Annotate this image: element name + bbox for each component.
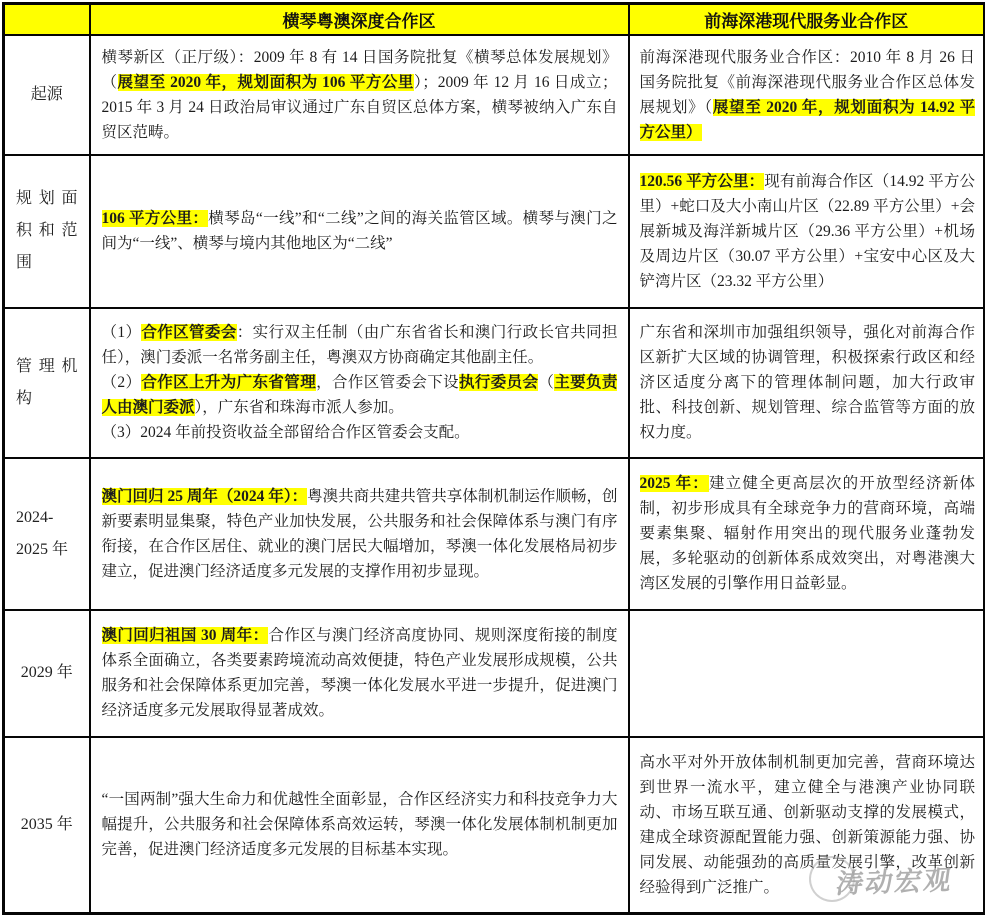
table-row: 起源 横琴新区（正厅级）：2009 年 8 有 14 日国务院批复《横琴总体发展…	[4, 35, 985, 155]
table-row: 2035 年 “一国两制”强大生命力和优越性全面彰显，合作区经济实力和科技竞争力…	[4, 737, 985, 914]
y2029-hengqin-cell: 澳门回归祖国 30 周年：合作区与澳门经济高度协同、规则深度衔接的制度体系全面确…	[90, 610, 629, 737]
row-label-origin: 起源	[4, 35, 90, 155]
highlighted-text: 执行委员会	[459, 374, 538, 391]
table-row: 2029 年 澳门回归祖国 30 周年：合作区与澳门经济高度协同、规则深度衔接的…	[4, 610, 985, 737]
y2024-hengqin-cell: 澳门回归 25 周年（2024 年）：粤澳共商共建共管共享体制机制运作顺畅，创新…	[90, 458, 629, 610]
text-segment: （	[538, 374, 554, 391]
highlighted-text: 合作区上升为广东省管理	[141, 374, 316, 391]
highlighted-text: 展望至 2020 年，规划面积为 106 平方公里	[118, 74, 414, 91]
highlighted-text: 120.56 平方公里：	[640, 173, 765, 190]
text-segment: 现有前海合作区（14.92 平方公里）+蛇口及大小南山片区（22.89 平方公里…	[640, 173, 976, 290]
text-segment: 广东省和深圳市加强组织领导，强化对前海合作区新扩大区域的协调管理，积极探索行政区…	[640, 324, 976, 441]
row-label-2035: 2035 年	[4, 737, 90, 914]
highlighted-text: 合作区管委会	[141, 324, 236, 341]
text-segment: （3）2024 年前投资收益全部留给合作区管委会支配。	[102, 424, 470, 441]
text-segment: ，合作区管委会下设	[316, 374, 459, 391]
text-segment: （1）	[102, 324, 142, 341]
table-row: 规划面积和范围 106 平方公里：横琴岛“一线”和“二线”之间的海关监管区域。横…	[4, 155, 985, 308]
text-segment: ），广东省和珠海市派人参加。	[195, 399, 404, 416]
y2029-qianhai-cell	[629, 610, 985, 737]
header-row: 横琴粤澳深度合作区 前海深港现代服务业合作区	[4, 4, 985, 35]
highlighted-text: 2025 年：	[640, 475, 709, 492]
y2024-qianhai-cell: 2025 年：建立健全更高层次的开放型经济新体制，初步形成具有全球竞争力的营商环…	[629, 458, 985, 610]
highlighted-text: 澳门回归 25 周年（2024 年）：	[102, 488, 308, 505]
header-corner-cell	[4, 4, 90, 35]
row-label-2029: 2029 年	[4, 610, 90, 737]
highlighted-text: 澳门回归祖国 30 周年：	[102, 627, 269, 644]
management-qianhai-cell: 广东省和深圳市加强组织领导，强化对前海合作区新扩大区域的协调管理，积极探索行政区…	[629, 308, 985, 458]
row-label-management: 管理机构	[4, 308, 90, 458]
area-hengqin-cell: 106 平方公里：横琴岛“一线”和“二线”之间的海关监管区域。横琴与澳门之间为“…	[90, 155, 629, 308]
origin-hengqin-cell: 横琴新区（正厅级）：2009 年 8 有 14 日国务院批复《横琴总体发展规划》…	[90, 35, 629, 155]
text-segment: 建立健全更高层次的开放型经济新体制，初步形成具有全球竞争力的营商环境，高端要素集…	[640, 475, 976, 592]
table-row: 2024-2025 年 澳门回归 25 周年（2024 年）：粤澳共商共建共管共…	[4, 458, 985, 610]
header-qianhai: 前海深港现代服务业合作区	[629, 4, 985, 35]
management-hengqin-cell: （1）合作区管委会：实行双主任制（由广东省省长和澳门行政长官共同担任），澳门委派…	[90, 308, 629, 458]
row-label-area-scope: 规划面积和范围	[4, 155, 90, 308]
text-segment: 高水平对外开放体制机制更加完善，营商环境达到世界一流水平，建立健全与港澳产业协同…	[640, 754, 976, 896]
area-qianhai-cell: 120.56 平方公里：现有前海合作区（14.92 平方公里）+蛇口及大小南山片…	[629, 155, 985, 308]
y2035-hengqin-cell: “一国两制”强大生命力和优越性全面彰显，合作区经济实力和科技竞争力大幅提升，公共…	[90, 737, 629, 914]
row-label-2024-2025: 2024-2025 年	[4, 458, 90, 610]
highlighted-text: 106 平方公里：	[102, 210, 209, 227]
header-hengqin: 横琴粤澳深度合作区	[90, 4, 629, 35]
origin-qianhai-cell: 前海深港现代服务业合作区：2010 年 8 月 26 日国务院批复《前海深港现代…	[629, 35, 985, 155]
text-segment: “一国两制”强大生命力和优越性全面彰显，合作区经济实力和科技竞争力大幅提升，公共…	[102, 791, 618, 858]
comparison-table: 横琴粤澳深度合作区 前海深港现代服务业合作区 起源 横琴新区（正厅级）：2009…	[2, 2, 985, 915]
y2035-qianhai-cell: 高水平对外开放体制机制更加完善，营商环境达到世界一流水平，建立健全与港澳产业协同…	[629, 737, 985, 914]
table-row: 管理机构 （1）合作区管委会：实行双主任制（由广东省省长和澳门行政长官共同担任）…	[4, 308, 985, 458]
text-segment: （2）	[102, 374, 142, 391]
